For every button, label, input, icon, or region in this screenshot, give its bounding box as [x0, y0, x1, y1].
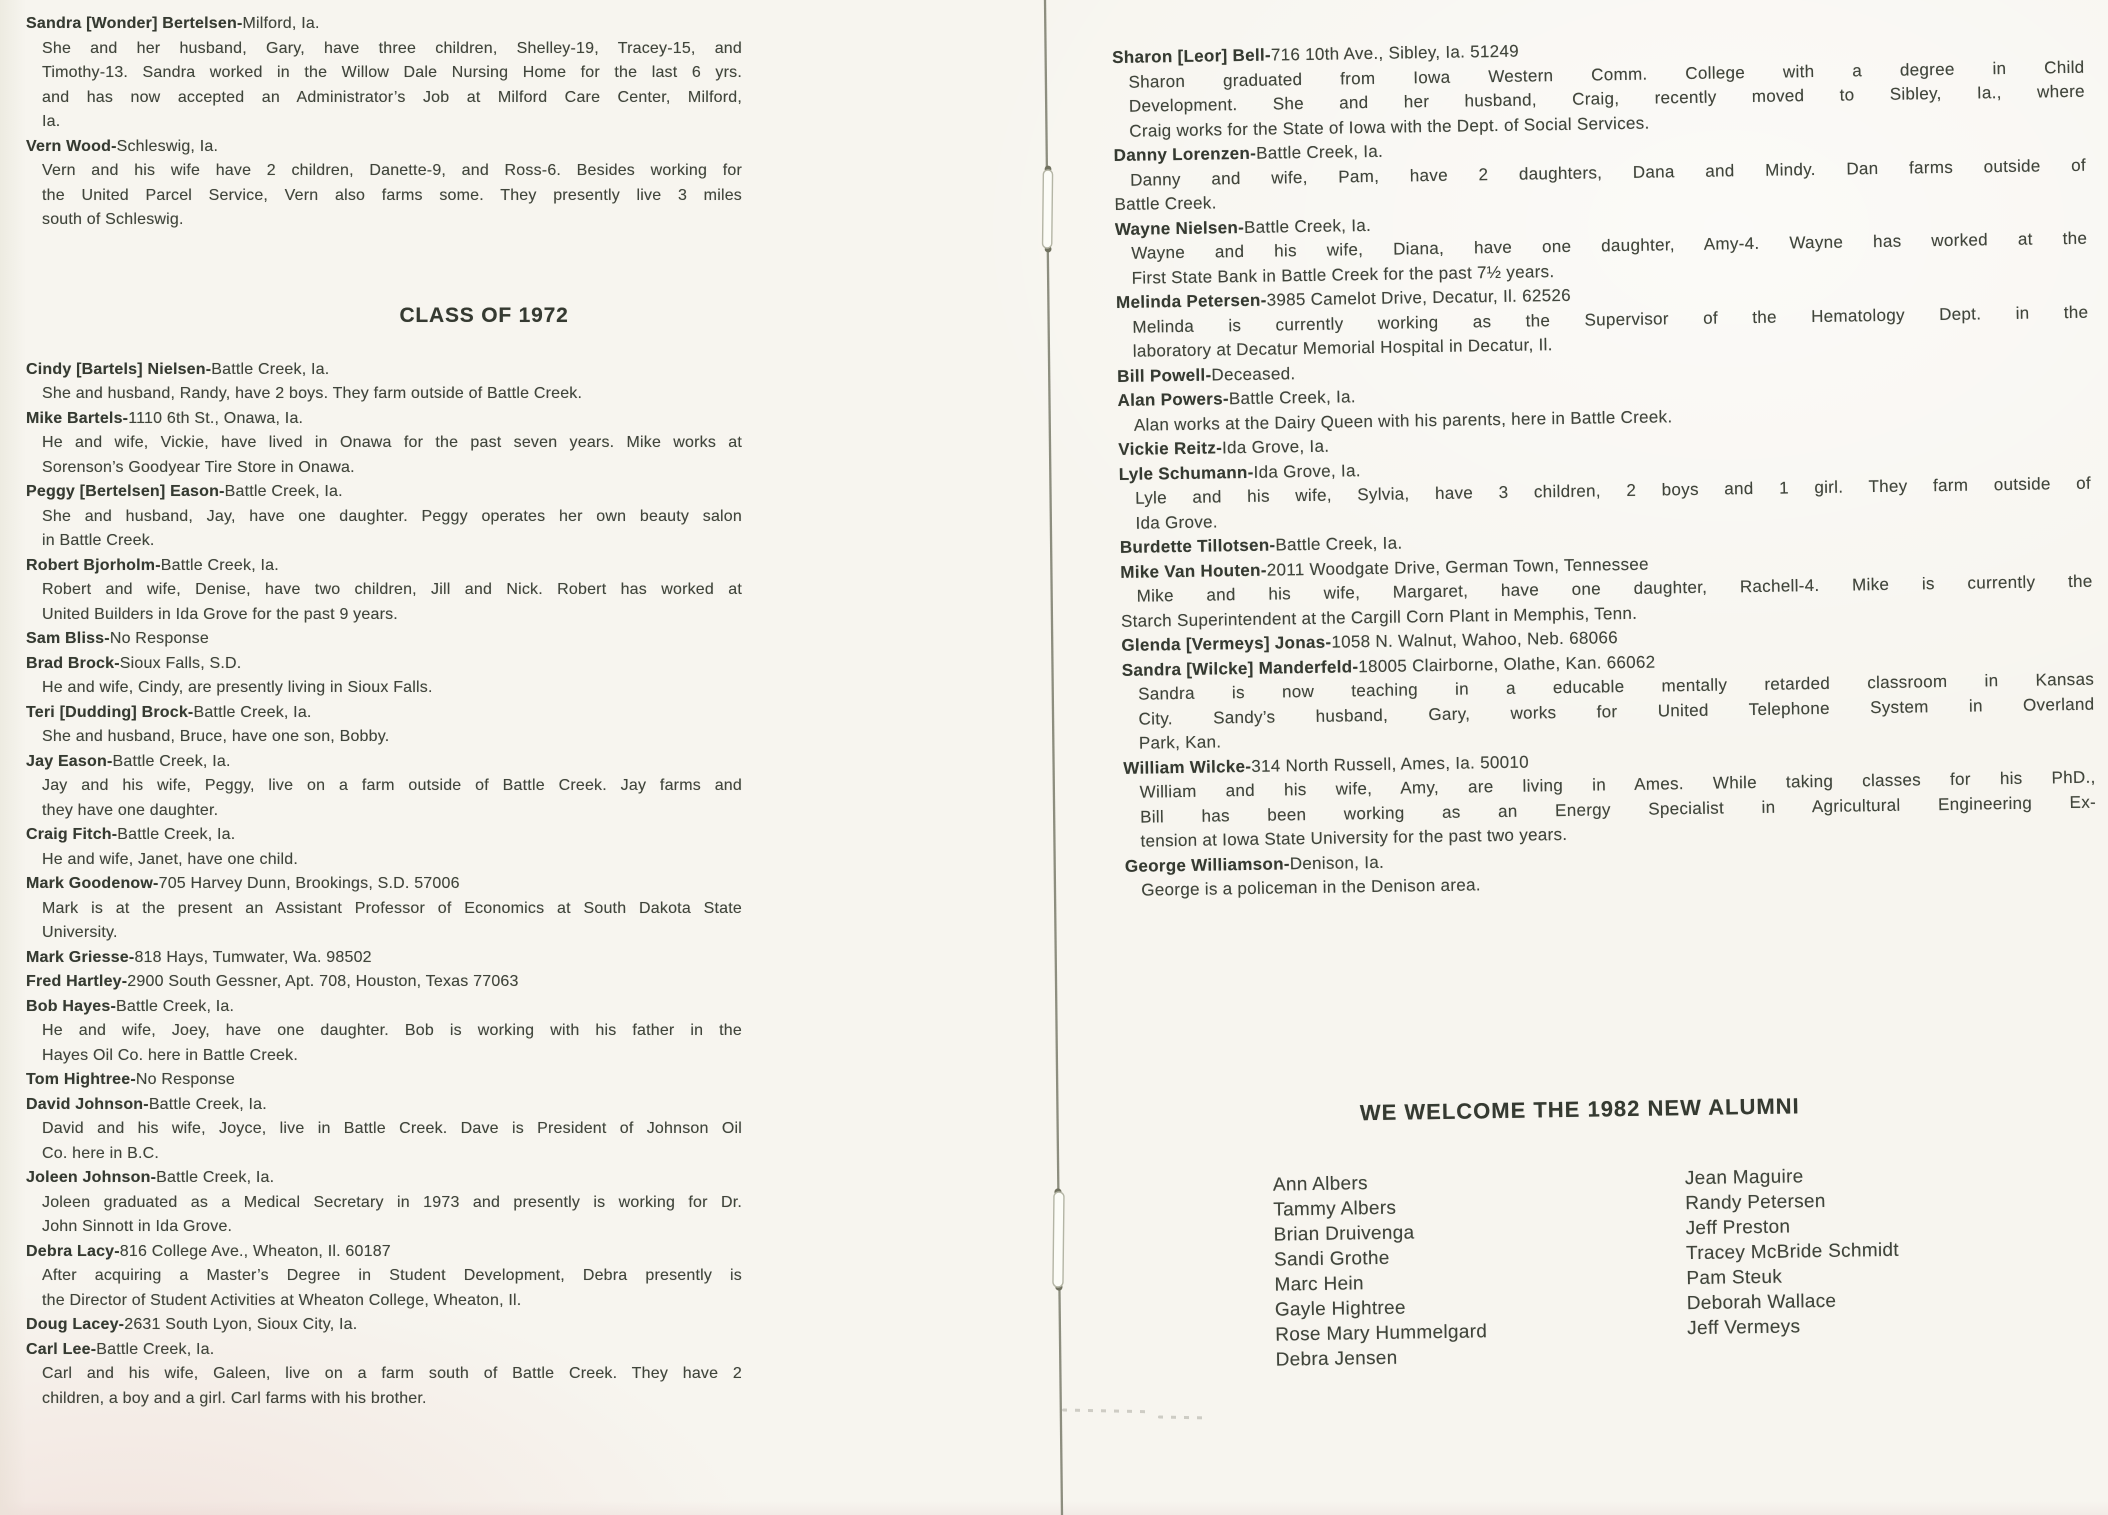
spine-fold-line	[1045, 0, 1062, 1515]
entry-location: Battle Creek, Ia.	[149, 1096, 267, 1113]
entry-location: Schleswig, Ia.	[117, 138, 219, 155]
entry-line: Robert and wife, Denise, have two childr…	[26, 578, 742, 603]
entry-name-line: Teri [Dudding] Brock-Battle Creek, Ia.	[26, 701, 742, 726]
entry-location: 816 College Ave., Wheaton, Il. 60187	[120, 1243, 391, 1260]
entry-location: Battle Creek, Ia.	[1256, 142, 1383, 163]
entry-name: Lyle Schumann-	[1119, 462, 1254, 483]
alumni-name: Jeff Vermeys	[1687, 1312, 1900, 1340]
alumni-entry: Debra Lacy-816 College Ave., Wheaton, Il…	[26, 1240, 742, 1314]
alumni-entry: Robert Bjorholm-Battle Creek, Ia.Robert …	[26, 554, 742, 628]
entry-name-line: Tom Hightree-No Response	[26, 1068, 742, 1093]
entry-name-line: Debra Lacy-816 College Ave., Wheaton, Il…	[26, 1240, 742, 1265]
alumni-entry: Brad Brock-Sioux Falls, S.D.He and wife,…	[26, 652, 742, 701]
entry-line: Vern and his wife have 2 children, Danet…	[26, 159, 742, 184]
entry-line: He and wife, Vickie, have lived in Onawa…	[26, 431, 742, 456]
entry-name: Debra Lacy-	[26, 1243, 120, 1260]
entry-name: Joleen Johnson-	[26, 1169, 156, 1186]
alumni-name: Marc Hein	[1274, 1269, 1486, 1297]
entry-name: Vickie Reitz-	[1118, 438, 1222, 459]
entry-location: Battle Creek, Ia.	[96, 1341, 214, 1358]
alumni-entry: Mark Griesse-818 Hays, Tumwater, Wa. 985…	[26, 946, 742, 971]
alumni-entry: Cindy [Bartels] Nielsen-Battle Creek, Ia…	[26, 358, 742, 407]
entry-line: Sorenson’s Goodyear Tire Store in Onawa.	[26, 456, 742, 481]
entry-location: Battle Creek, Ia.	[225, 483, 343, 500]
entry-location: Ida Grove, Ia.	[1222, 437, 1329, 458]
alumni-entry: Mark Goodenow-705 Harvey Dunn, Brookings…	[26, 872, 742, 946]
entry-location: 1110 6th St., Onawa, Ia.	[128, 410, 303, 427]
new-alumni-columns: Ann AlbersTammy AlbersBrian DruivengaSan…	[1130, 1159, 2105, 1394]
entry-name-line: Cindy [Bartels] Nielsen-Battle Creek, Ia…	[26, 358, 742, 383]
entry-name-line: Sandra [Wonder] Bertelsen-Milford, Ia.	[26, 12, 742, 37]
entry-location: 18005 Clairborne, Olathe, Kan. 66062	[1358, 652, 1655, 676]
alumni-entry: Sharon [Leor] Bell-716 10th Ave., Sibley…	[1112, 31, 2085, 144]
alumni-entry: Craig Fitch-Battle Creek, Ia.He and wife…	[26, 823, 742, 872]
entry-name-line: Mike Bartels-1110 6th St., Onawa, Ia.	[26, 407, 742, 432]
entry-name-line: Vern Wood-Schleswig, Ia.	[26, 135, 742, 160]
entry-name-line: Doug Lacey-2631 South Lyon, Sioux City, …	[26, 1313, 742, 1338]
entry-name: Craig Fitch-	[26, 826, 117, 843]
entry-name: Teri [Dudding] Brock-	[26, 704, 193, 721]
entry-name: David Johnson-	[26, 1096, 149, 1113]
entry-location: Deceased.	[1211, 364, 1295, 384]
entry-location: Milford, Ia.	[243, 15, 320, 32]
entry-name-line: Bob Hayes-Battle Creek, Ia.	[26, 995, 742, 1020]
alumni-name: Ann Albers	[1273, 1169, 1485, 1197]
entry-line: the Director of Student Activities at Wh…	[26, 1289, 742, 1314]
entry-line: Jay and his wife, Peggy, live on a farm …	[26, 774, 742, 799]
welcome-heading: WE WELCOME THE 1982 NEW ALUMNI	[1094, 1088, 2066, 1131]
entry-name: Doug Lacey-	[26, 1316, 124, 1333]
alumni-entry: Doug Lacey-2631 South Lyon, Sioux City, …	[26, 1313, 742, 1338]
entry-location: Battle Creek, Ia.	[1275, 534, 1402, 555]
entry-name: Alan Powers-	[1117, 389, 1229, 410]
alumni-entry: Fred Hartley-2900 South Gessner, Apt. 70…	[26, 970, 742, 995]
alumni-name: Sandi Grothe	[1274, 1244, 1486, 1272]
alumni-name: Deborah Wallace	[1687, 1287, 1900, 1315]
entry-line: University.	[26, 921, 742, 946]
alumni-entry: Joleen Johnson-Battle Creek, Ia.Joleen g…	[26, 1166, 742, 1240]
alumni-name: Tammy Albers	[1273, 1194, 1485, 1222]
page-right: Sharon [Leor] Bell-716 10th Ave., Sibley…	[1112, 31, 2105, 1395]
entry-location: Battle Creek, Ia.	[116, 998, 234, 1015]
entry-name: Wayne Nielsen-	[1115, 217, 1245, 238]
alumni-name: Rose Mary Hummelgard	[1275, 1319, 1487, 1347]
entry-location: Battle Creek, Ia.	[211, 361, 329, 378]
entry-name-line: Mark Griesse-818 Hays, Tumwater, Wa. 985…	[26, 946, 742, 971]
entry-location: 2631 South Lyon, Sioux City, Ia.	[124, 1316, 357, 1333]
entry-line: Ia.	[26, 110, 742, 135]
alumni-name: Tracey McBride Schmidt	[1686, 1237, 1899, 1265]
entry-name-line: Sam Bliss-No Response	[26, 627, 742, 652]
alumni-entry: Teri [Dudding] Brock-Battle Creek, Ia.Sh…	[26, 701, 742, 750]
entry-line: She and her husband, Gary, have three ch…	[26, 37, 742, 62]
entry-line: She and husband, Jay, have one daughter.…	[26, 505, 742, 530]
entry-line: the United Parcel Service, Vern also far…	[26, 184, 742, 209]
entry-name: Brad Brock-	[26, 655, 120, 672]
entry-line: She and husband, Randy, have 2 boys. The…	[26, 382, 742, 407]
book-spread-scan: Sandra [Wonder] Bertelsen-Milford, Ia.Sh…	[0, 0, 2108, 1515]
alumni-name: Brian Druivenga	[1273, 1219, 1485, 1247]
entry-line: Mark is at the present an Assistant Prof…	[26, 897, 742, 922]
entry-name: Sandra [Wonder] Bertelsen-	[26, 15, 243, 32]
entry-name-line: Craig Fitch-Battle Creek, Ia.	[26, 823, 742, 848]
entry-location: Denison, Ia.	[1290, 852, 1385, 872]
entry-location: 705 Harvey Dunn, Brookings, S.D. 57006	[159, 875, 460, 892]
entry-location: No Response	[110, 630, 209, 647]
entry-line: Co. here in B.C.	[26, 1142, 742, 1167]
left-entries-top: Sandra [Wonder] Bertelsen-Milford, Ia.Sh…	[26, 12, 742, 233]
entry-location: 314 North Russell, Ames, Ia. 50010	[1251, 752, 1529, 775]
alumni-entry: Sandra [Wilcke] Manderfeld-18005 Clairbo…	[1122, 643, 2095, 756]
alumni-name: Pam Steuk	[1686, 1262, 1899, 1290]
entry-name: Peggy [Bertelsen] Eason-	[26, 483, 225, 500]
entry-name: Fred Hartley-	[26, 973, 127, 990]
alumni-entry: Carl Lee-Battle Creek, Ia.Carl and his w…	[26, 1338, 742, 1412]
alumni-entry: Peggy [Bertelsen] Eason-Battle Creek, Ia…	[26, 480, 742, 554]
entry-name-line: Mark Goodenow-705 Harvey Dunn, Brookings…	[26, 872, 742, 897]
entry-location: 818 Hays, Tumwater, Wa. 98502	[134, 949, 371, 966]
entry-name: Robert Bjorholm-	[26, 557, 161, 574]
entry-location: Battle Creek, Ia.	[1229, 387, 1356, 408]
alumni-entry: Mike Bartels-1110 6th St., Onawa, Ia.He …	[26, 407, 742, 481]
entry-name: Sandra [Wilcke] Manderfeld-	[1122, 657, 1359, 680]
entry-line: Joleen graduated as a Medical Secretary …	[26, 1191, 742, 1216]
entry-name: Tom Hightree-	[26, 1071, 136, 1088]
alumni-name: Jeff Preston	[1685, 1212, 1898, 1240]
alumni-entry: William Wilcke-314 North Russell, Ames, …	[1123, 741, 2096, 854]
entry-line: and has now accepted an Administrator’s …	[26, 86, 742, 111]
left-entries-main: Cindy [Bartels] Nielsen-Battle Creek, Ia…	[26, 358, 742, 1412]
entry-name-line: Peggy [Bertelsen] Eason-Battle Creek, Ia…	[26, 480, 742, 505]
alumni-name: Debra Jensen	[1275, 1344, 1487, 1372]
entry-location: Battle Creek, Ia.	[117, 826, 235, 843]
entry-name-line: Carl Lee-Battle Creek, Ia.	[26, 1338, 742, 1363]
alumni-entry: Tom Hightree-No Response	[26, 1068, 742, 1093]
entry-location: 2011 Woodgate Drive, German Town, Tennes…	[1267, 554, 1649, 579]
entry-line: After acquiring a Master’s Degree in Stu…	[26, 1264, 742, 1289]
entry-line: south of Schleswig.	[26, 208, 742, 233]
entry-name: Mark Griesse-	[26, 949, 134, 966]
entry-name: Glenda [Vermeys] Jonas-	[1121, 633, 1331, 655]
entry-location: No Response	[136, 1071, 235, 1088]
entry-name: Bill Powell-	[1117, 365, 1212, 385]
entry-name: Carl Lee-	[26, 1341, 96, 1358]
entry-name-line: Joleen Johnson-Battle Creek, Ia.	[26, 1166, 742, 1191]
entry-location: 1058 N. Walnut, Wahoo, Neb. 68066	[1331, 628, 1618, 651]
entry-line: Timothy-13. Sandra worked in the Willow …	[26, 61, 742, 86]
entry-line: John Sinnott in Ida Grove.	[26, 1215, 742, 1240]
binding-stitch-top	[1042, 166, 1052, 253]
entry-location: Sioux Falls, S.D.	[120, 655, 242, 672]
entry-name-line: David Johnson-Battle Creek, Ia.	[26, 1093, 742, 1118]
entry-line: they have one daughter.	[26, 799, 742, 824]
entry-line: He and wife, Joey, have one daughter. Bo…	[26, 1019, 742, 1044]
entry-name: William Wilcke-	[1123, 756, 1251, 777]
entry-name: George Williamson-	[1125, 854, 1290, 876]
entry-line: He and wife, Cindy, are presently living…	[26, 676, 742, 701]
entry-location: Battle Creek, Ia.	[161, 557, 279, 574]
alumni-entry: Sam Bliss-No Response	[26, 627, 742, 652]
alumni-entry: Sandra [Wonder] Bertelsen-Milford, Ia.Sh…	[26, 12, 742, 135]
alumni-name: Gayle Hightree	[1275, 1294, 1487, 1322]
entry-location: 716 10th Ave., Sibley, Ia. 51249	[1271, 42, 1519, 65]
pencil-smudge-mark	[1062, 1405, 1210, 1424]
entry-location: Ida Grove, Ia.	[1253, 461, 1360, 482]
entry-location: Battle Creek, Ia.	[156, 1169, 274, 1186]
entry-name: Sam Bliss-	[26, 630, 110, 647]
entry-line: She and husband, Bruce, have one son, Bo…	[26, 725, 742, 750]
binding-stitch-bottom	[1053, 1188, 1064, 1290]
entry-name-line: Robert Bjorholm-Battle Creek, Ia.	[26, 554, 742, 579]
entry-name: Cindy [Bartels] Nielsen-	[26, 361, 211, 378]
right-entries: Sharon [Leor] Bell-716 10th Ave., Sibley…	[1112, 31, 2097, 904]
entry-location: Battle Creek, Ia.	[193, 704, 311, 721]
entry-line: He and wife, Janet, have one child.	[26, 848, 742, 873]
alumni-entry: Jay Eason-Battle Creek, Ia.Jay and his w…	[26, 750, 742, 824]
entry-line: Carl and his wife, Galeen, live on a far…	[26, 1362, 742, 1387]
alumni-entry: David Johnson-Battle Creek, Ia.David and…	[26, 1093, 742, 1167]
alumni-column-2: Jean MaguireRandy PetersenJeff PrestonTr…	[1685, 1162, 1901, 1340]
page-left: Sandra [Wonder] Bertelsen-Milford, Ia.Sh…	[26, 12, 742, 1411]
entry-name: Burdette Tillotsen-	[1120, 535, 1276, 556]
entry-name: Sharon [Leor] Bell-	[1112, 46, 1271, 67]
entry-name: Danny Lorenzen-	[1114, 144, 1257, 165]
entry-line: Hayes Oil Co. here in Battle Creek.	[26, 1044, 742, 1069]
entry-line: children, a boy and a girl. Carl farms w…	[26, 1387, 742, 1412]
entry-name: Mike Van Houten-	[1120, 560, 1267, 581]
entry-location: 3985 Camelot Drive, Decatur, Il. 62526	[1266, 286, 1571, 310]
entry-name: Jay Eason-	[26, 753, 112, 770]
entry-name-line: Jay Eason-Battle Creek, Ia.	[26, 750, 742, 775]
entry-name-line: Brad Brock-Sioux Falls, S.D.	[26, 652, 742, 677]
entry-name: Mark Goodenow-	[26, 875, 159, 892]
entry-location: Battle Creek, Ia.	[112, 753, 230, 770]
entry-location: 2900 South Gessner, Apt. 708, Houston, T…	[127, 973, 518, 990]
alumni-entry: Bob Hayes-Battle Creek, Ia.He and wife, …	[26, 995, 742, 1069]
entry-name: Melinda Petersen-	[1116, 291, 1267, 312]
entry-name: Bob Hayes-	[26, 998, 116, 1015]
class-of-1972-heading: CLASS OF 1972	[126, 303, 842, 329]
entry-name: Mike Bartels-	[26, 410, 128, 427]
alumni-name: Jean Maguire	[1685, 1162, 1898, 1190]
alumni-name: Randy Petersen	[1685, 1187, 1898, 1215]
alumni-column-1: Ann AlbersTammy AlbersBrian DruivengaSan…	[1273, 1169, 1488, 1372]
entry-name: Vern Wood-	[26, 138, 117, 155]
entry-line: in Battle Creek.	[26, 529, 742, 554]
entry-line: David and his wife, Joyce, live in Battl…	[26, 1117, 742, 1142]
alumni-entry: Vern Wood-Schleswig, Ia.Vern and his wif…	[26, 135, 742, 233]
entry-location: Battle Creek, Ia.	[1244, 215, 1371, 236]
entry-line: United Builders in Ida Grove for the pas…	[26, 603, 742, 628]
entry-name-line: Fred Hartley-2900 South Gessner, Apt. 70…	[26, 970, 742, 995]
